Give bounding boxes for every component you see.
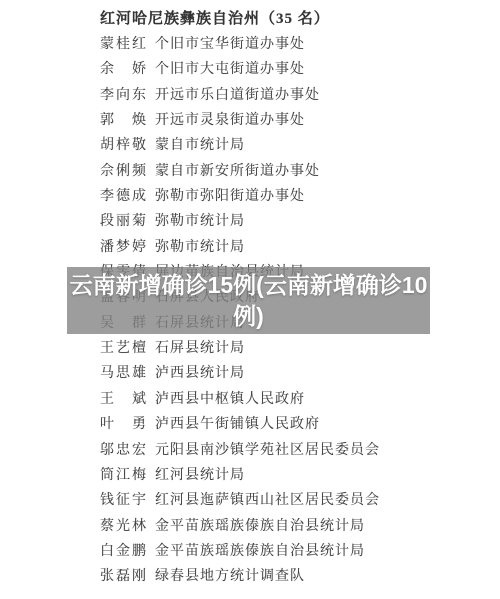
list-item: 白金鹏金平苗族瑶族傣族自治县统计局 (100, 539, 500, 564)
list-item: 郭焕开远市灵泉街道办事处 (100, 108, 500, 133)
person-name: 邬忠宏 (100, 438, 146, 463)
person-name: 张磊刚 (100, 564, 146, 589)
person-name: 李向东 (100, 83, 146, 108)
person-name: 王艺檀 (100, 336, 146, 361)
person-organization: 泸西县中枢镇人民政府 (155, 392, 305, 407)
person-name: 蒙桂红 (100, 32, 146, 57)
list-item: 余娇个旧市大屯街道办事处 (100, 57, 500, 82)
list-item: 李向东开远市乐白道街道办事处 (100, 83, 500, 108)
person-organization: 金平苗族瑶族傣族自治县统计局 (155, 519, 365, 534)
person-organization: 绿春县地方统计调查队 (155, 569, 305, 584)
person-organization: 蒙自市新安所街道办事处 (155, 164, 320, 179)
person-organization: 个旧市大屯街道办事处 (155, 62, 305, 77)
person-name: 郭焕 (100, 108, 146, 133)
caption-overlay-line2: 例) (233, 301, 264, 332)
list-item: 蒙桂红个旧市宝华街道办事处 (100, 32, 500, 57)
person-organization: 泸西县午街铺镇人民政府 (155, 417, 320, 432)
person-organization: 开远市乐白道街道办事处 (155, 88, 320, 103)
person-name: 叶勇 (100, 412, 146, 437)
list-item: 张磊刚绿春县地方统计调查队 (100, 564, 500, 589)
list-item: 段丽菊弥勒市统计局 (100, 209, 500, 234)
person-name: 佘俐频 (100, 159, 146, 184)
list-item: 王艺檀石屏县统计局 (100, 336, 500, 361)
person-organization: 金平苗族瑶族傣族自治县统计局 (155, 544, 365, 559)
person-organization: 开远市灵泉街道办事处 (155, 113, 305, 128)
person-name: 马思雄 (100, 361, 146, 386)
list-item: 筒江梅红河县统计局 (100, 463, 500, 488)
person-name: 筒江梅 (100, 463, 146, 488)
list-item: 潘梦婷弥勒市统计局 (100, 235, 500, 260)
person-name: 潘梦婷 (100, 235, 146, 260)
person-name: 钱征宇 (100, 488, 146, 513)
person-name: 王斌 (100, 387, 146, 412)
person-name: 余娇 (100, 57, 146, 82)
person-organization: 红河县迤萨镇西山社区居民委员会 (155, 493, 380, 508)
list-item: 蔡光林金平苗族瑶族傣族自治县统计局 (100, 514, 500, 539)
person-name: 李德成 (100, 184, 146, 209)
list-item: 马思雄泸西县统计局 (100, 361, 500, 386)
list-item: 佘俐频蒙自市新安所街道办事处 (100, 159, 500, 184)
list-item: 叶勇泸西县午街铺镇人民政府 (100, 412, 500, 437)
list-item: 胡梓敬蒙自市统计局 (100, 133, 500, 158)
person-organization: 弥勒市统计局 (155, 214, 245, 229)
person-name: 段丽菊 (100, 209, 146, 234)
person-name: 蔡光林 (100, 514, 146, 539)
caption-overlay: 云南新增确诊15例(云南新增确诊10 例) (67, 267, 430, 334)
list-item: 钱征宇红河县迤萨镇西山社区居民委员会 (100, 488, 500, 513)
list-item: 李德成弥勒市弥阳街道办事处 (100, 184, 500, 209)
list-item: 邬忠宏元阳县南沙镇学苑社区居民委员会 (100, 438, 500, 463)
person-organization: 元阳县南沙镇学苑社区居民委员会 (155, 443, 380, 458)
person-organization: 弥勒市弥阳街道办事处 (155, 189, 305, 204)
person-organization: 蒙自市统计局 (155, 138, 245, 153)
person-organization: 石屏县统计局 (155, 341, 245, 356)
person-name: 胡梓敬 (100, 133, 146, 158)
person-organization: 红河县统计局 (155, 468, 245, 483)
person-organization: 弥勒市统计局 (155, 240, 245, 255)
caption-overlay-line1: 云南新增确诊15例(云南新增确诊10 (70, 270, 428, 301)
list-item: 王斌泸西县中枢镇人民政府 (100, 387, 500, 412)
section-header: 红河哈尼族彝族自治州（35 名） (100, 6, 500, 32)
person-organization: 泸西县统计局 (155, 366, 245, 381)
person-organization: 个旧市宝华街道办事处 (155, 37, 305, 52)
person-name: 白金鹏 (100, 539, 146, 564)
